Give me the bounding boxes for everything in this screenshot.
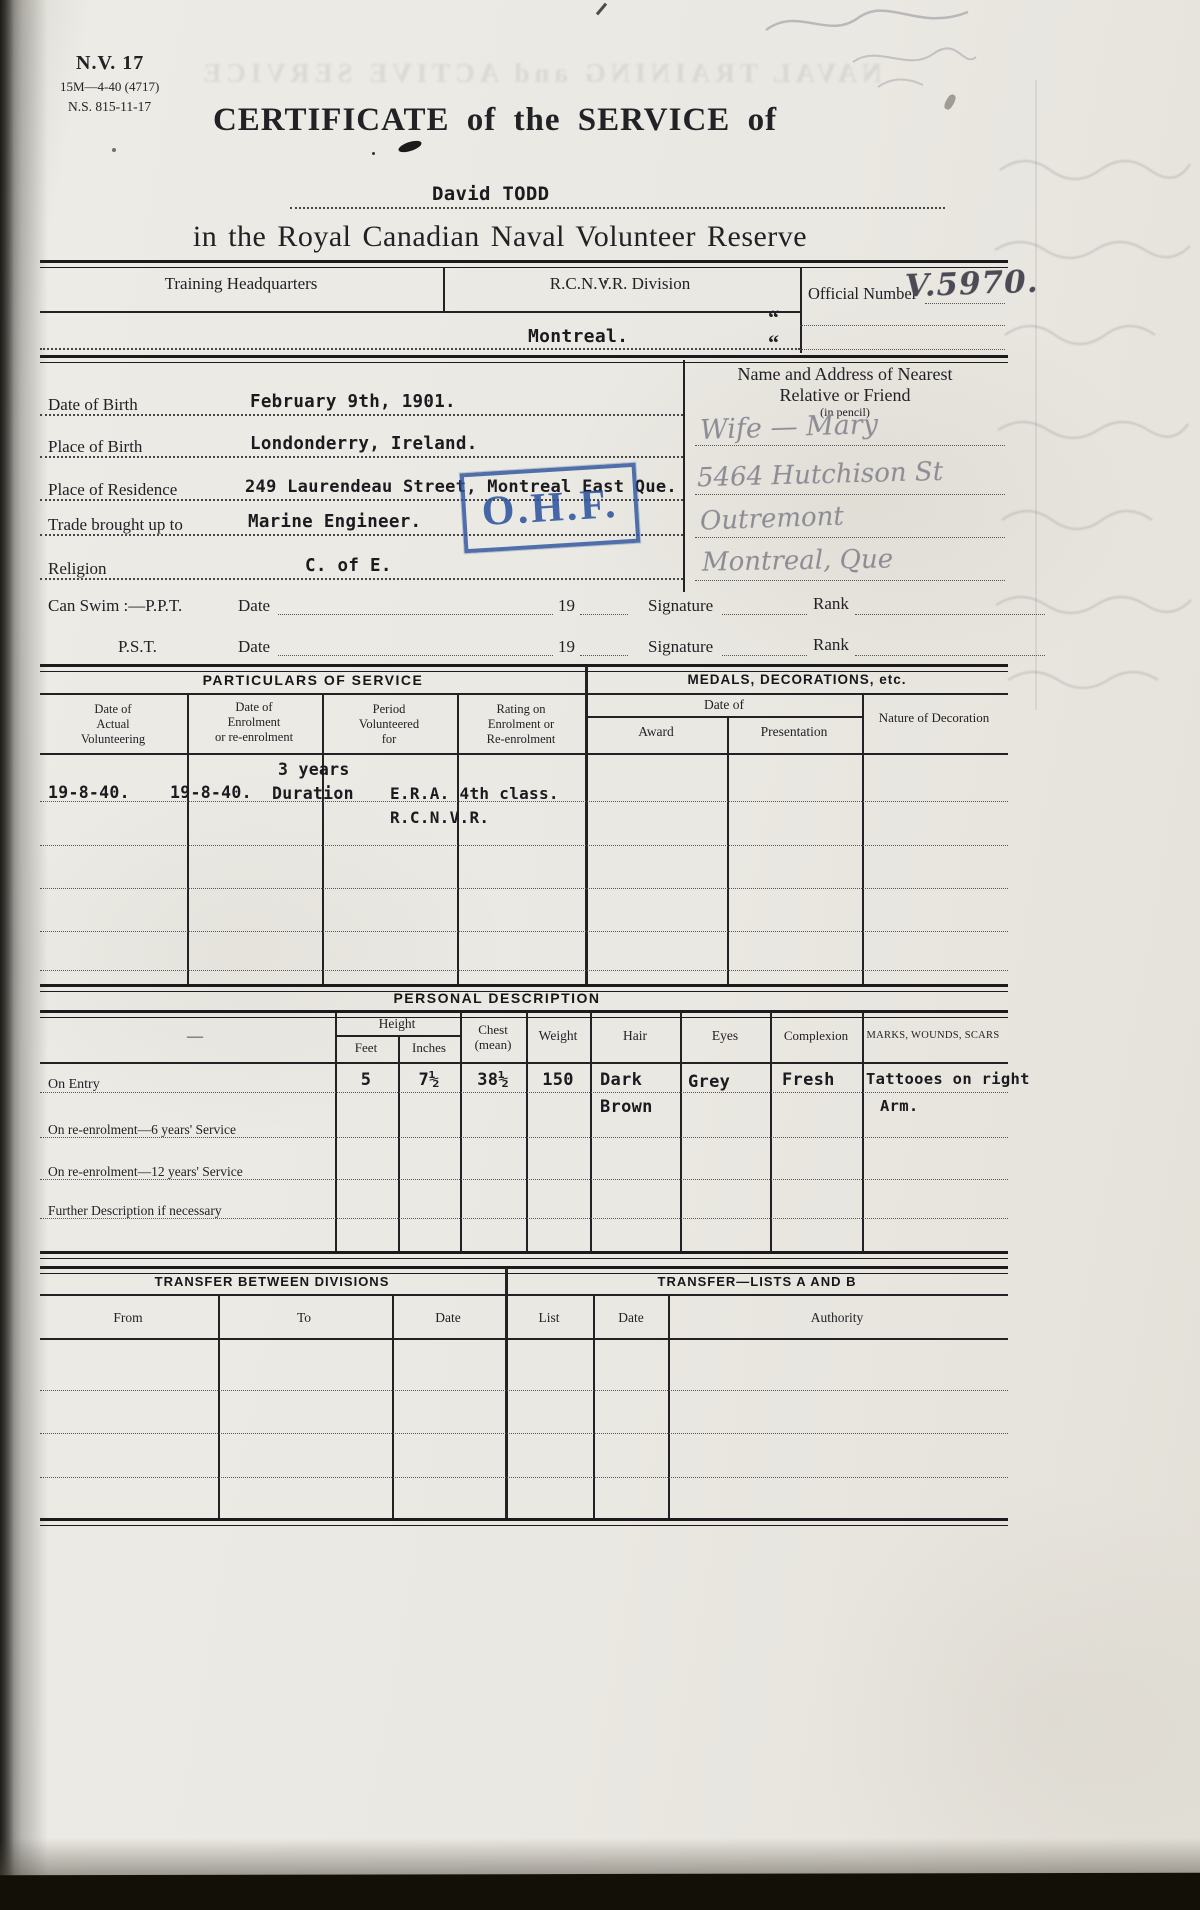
personal-further-label: Further Description if necessary	[48, 1203, 222, 1219]
subtitle: in the Royal Canadian Naval Volunteer Re…	[193, 220, 807, 254]
service-title: PARTICULARS OF SERVICE	[203, 672, 424, 688]
header-divider-1	[443, 267, 445, 311]
pencil-scribble	[758, 2, 978, 107]
entry-inches-value: 7½	[418, 1070, 439, 1090]
left-edge-dark	[0, 0, 14, 1910]
pob-label: Place of Birth	[48, 437, 142, 457]
ditto-line-1	[800, 325, 1005, 326]
swim-ppt-year: 19	[558, 596, 575, 616]
ink-dot	[372, 152, 375, 155]
personal-hair-label: Hair	[623, 1028, 647, 1044]
entry-hair-value-1: Dark	[600, 1070, 642, 1090]
transfer-divider-1	[218, 1295, 220, 1520]
personal-row6-line	[40, 1137, 1008, 1138]
transfer-divider-3	[593, 1295, 595, 1520]
relative-title-2: Relative or Friend	[780, 385, 911, 406]
swim-ppt-signature-label: Signature	[648, 596, 713, 616]
transfer-from-label: From	[113, 1310, 142, 1326]
service-vol-date: 19-8-40.	[48, 783, 130, 802]
dob-line	[40, 414, 683, 416]
relative-line-3: Outremont	[700, 501, 845, 536]
ink-smudge	[397, 139, 423, 155]
relative-rule-2	[695, 494, 1005, 495]
service-period-1: 3 years	[278, 760, 350, 779]
transfer-authority-label: Authority	[811, 1310, 864, 1326]
ns-code: N.S. 815-11-17	[68, 99, 151, 115]
dob-label: Date of Birth	[48, 395, 138, 415]
service-row-line	[40, 931, 1008, 932]
entry-feet-value: 5	[361, 1070, 372, 1090]
transfer-date-label: Date	[435, 1310, 460, 1326]
personal-row12-line	[40, 1179, 1008, 1180]
recruit-name: David TODD	[432, 183, 549, 205]
bottom-shadow	[0, 1838, 1200, 1876]
personal-weight-label: Weight	[539, 1028, 578, 1044]
relative-line-2: 5464 Hutchison St	[697, 457, 944, 493]
bleedthrough-rule	[1035, 80, 1037, 710]
swim-pst-rank-label: Rank	[813, 635, 849, 655]
rule-personal-bottom	[40, 1251, 1008, 1259]
medals-date-of-underline	[586, 716, 862, 718]
relative-line-1: Wife — Mary	[700, 409, 879, 446]
relative-rule-3	[695, 537, 1005, 538]
ditto-mark-1: “	[768, 305, 779, 331]
ditto-mark-2: “	[768, 330, 779, 356]
certificate-page: NAVAL TRAINING and ACTIVE SERVICE N.V. 1…	[0, 0, 1200, 1910]
swim-pst-label: P.S.T.	[118, 637, 157, 657]
personal-eyes-label: Eyes	[712, 1028, 738, 1044]
religion-line	[40, 578, 683, 580]
service-divider-main	[585, 666, 588, 985]
personal-inches-label: Inches	[412, 1040, 446, 1056]
form-number: N.V. 17	[76, 52, 144, 75]
print-code: 15M—4-40 (4717)	[60, 79, 159, 95]
header-underline	[40, 311, 800, 313]
medals-date-of-label: Date of	[704, 697, 744, 713]
swim-ppt-signature-line	[722, 614, 807, 615]
personal-divider-2	[460, 1012, 462, 1252]
personal-entry-line	[40, 1092, 1008, 1093]
transfer-left-title: TRANSFER BETWEEN DIVISIONS	[155, 1274, 390, 1289]
rule-header-bottom	[40, 355, 1008, 363]
personal-complexion-label: Complexion	[784, 1028, 848, 1044]
header-training-hq-label: Training Headquarters	[165, 274, 318, 294]
personal-row6-label: On re-enrolment—6 years' Service	[48, 1122, 236, 1138]
rule-top	[40, 260, 1008, 268]
service-rating-2: R.C.N.V.R.	[390, 808, 489, 827]
transfer-date2-label: Date	[618, 1310, 643, 1326]
personal-feet-label: Feet	[355, 1040, 377, 1056]
swim-ppt-year-line	[580, 614, 628, 615]
personal-further-line	[40, 1218, 1008, 1219]
medals-divider-2	[862, 693, 864, 985]
entry-hair-value-2: Brown	[600, 1097, 653, 1117]
pob-line	[40, 456, 683, 458]
rule-service-top	[40, 664, 1008, 672]
service-col-vol: Date of Actual Volunteering	[81, 702, 145, 747]
personal-divider-4	[590, 1012, 592, 1252]
relative-title-1: Name and Address of Nearest	[738, 364, 953, 385]
ohf-stamp: O.H.F.	[460, 463, 641, 554]
entry-marks-value-1: Tattooes on right	[866, 1070, 1030, 1088]
rule-transfer-top	[40, 1266, 1008, 1274]
service-divider-2	[322, 693, 324, 985]
swim-ppt-date-line	[278, 614, 553, 615]
transfer-list-label: List	[538, 1310, 559, 1326]
swim-pst-signature-line	[722, 655, 807, 656]
transfer-divider-2	[392, 1295, 394, 1520]
name-line	[290, 207, 945, 209]
dob-value: February 9th, 1901.	[250, 392, 456, 412]
service-col-period: Period Volunteered for	[359, 702, 419, 747]
swim-ppt-date-label: Date	[238, 596, 270, 616]
medals-award-label: Award	[638, 724, 674, 740]
service-row-line	[40, 801, 1008, 802]
transfer-title-underline	[40, 1294, 1008, 1296]
ink-dot	[604, 280, 607, 284]
service-divider-3	[457, 693, 459, 985]
personal-marks-label: MARKS, WOUNDS, SCARS	[866, 1030, 999, 1041]
header-divider-2	[800, 267, 802, 353]
entry-marks-value-2: Arm.	[880, 1097, 919, 1115]
personal-height-label: Height	[379, 1016, 416, 1032]
religion-label: Religion	[48, 559, 107, 579]
swim-pst-signature-label: Signature	[648, 637, 713, 657]
transfer-to-label: To	[297, 1310, 311, 1326]
transfer-divider-4	[668, 1295, 670, 1520]
ohf-stamp-text: O.H.F.	[480, 480, 619, 536]
personal-divider-1	[335, 1012, 337, 1252]
trade-value: Marine Engineer.	[248, 512, 421, 532]
swim-ppt-label: Can Swim :—P.P.T.	[48, 596, 182, 616]
relative-rule-1	[695, 445, 1005, 446]
personal-divider-7	[862, 1012, 864, 1252]
medals-presentation-label: Presentation	[761, 724, 828, 740]
personal-divider-fi	[398, 1036, 400, 1252]
relative-line-4: Montreal, Que	[702, 544, 894, 577]
header-division-label: R.C.N.V.R. Division	[550, 274, 690, 294]
personal-divider-5	[680, 1012, 682, 1252]
personal-dash: —	[187, 1028, 203, 1046]
service-row-line	[40, 970, 1008, 971]
transfer-row-line	[40, 1433, 1008, 1434]
ink-dot	[112, 148, 116, 152]
entry-eyes-value: Grey	[688, 1072, 730, 1092]
service-row-line	[40, 845, 1008, 846]
ditto-line-2	[800, 349, 1005, 350]
bleedthrough-handwriting	[990, 130, 1200, 730]
division-value-line	[40, 348, 800, 350]
bottom-band	[0, 1873, 1200, 1910]
transfer-right-title: TRANSFER—LISTS A AND B	[658, 1274, 857, 1289]
service-enrol-date: 19-8-40.	[170, 783, 252, 802]
entry-complexion-value: Fresh	[782, 1070, 835, 1090]
service-col-rating: Rating on Enrolment or Re-enrolment	[487, 702, 556, 747]
swim-pst-year: 19	[558, 637, 575, 657]
personal-chest-label: Chest (mean)	[475, 1022, 512, 1052]
pob-value: Londonderry, Ireland.	[250, 434, 478, 454]
division-value: Montreal.	[528, 326, 628, 347]
entry-weight-value: 150	[542, 1070, 574, 1090]
residence-label: Place of Residence	[48, 480, 177, 500]
personal-entry-label: On Entry	[48, 1077, 100, 1093]
personal-divider-3	[526, 1012, 528, 1252]
transfer-header-underline	[40, 1338, 1008, 1340]
swim-ppt-rank-label: Rank	[813, 594, 849, 614]
service-row-line	[40, 888, 1008, 889]
medals-title: MEDALS, DECORATIONS, etc.	[687, 672, 906, 687]
transfer-row-line	[40, 1477, 1008, 1478]
service-col-enrol: Date of Enrolment or re-enrolment	[215, 700, 293, 745]
relative-rule-4	[695, 580, 1005, 581]
personal-title: PERSONAL DESCRIPTION	[393, 990, 600, 1006]
religion-value: C. of E.	[305, 556, 392, 576]
swim-pst-date-line	[278, 655, 553, 656]
ink-dot	[596, 3, 607, 16]
swim-pst-year-line	[580, 655, 628, 656]
entry-chest-value: 38½	[477, 1070, 509, 1090]
transfer-divider-main	[505, 1268, 508, 1520]
medals-nature-label: Nature of Decoration	[879, 710, 989, 726]
official-number-label: Official Number	[808, 284, 917, 304]
swim-pst-date-label: Date	[238, 637, 270, 657]
rule-transfer-bottom	[40, 1518, 1008, 1526]
medals-divider-1	[727, 717, 729, 985]
relative-box-divider	[683, 360, 685, 592]
trade-label: Trade brought up to	[48, 515, 183, 535]
personal-row12-label: On re-enrolment—12 years' Service	[48, 1164, 243, 1180]
transfer-row-line	[40, 1390, 1008, 1391]
personal-divider-6	[770, 1012, 772, 1252]
certificate-title: CERTIFICATE of the SERVICE of	[213, 102, 777, 139]
service-divider-1	[187, 693, 189, 985]
